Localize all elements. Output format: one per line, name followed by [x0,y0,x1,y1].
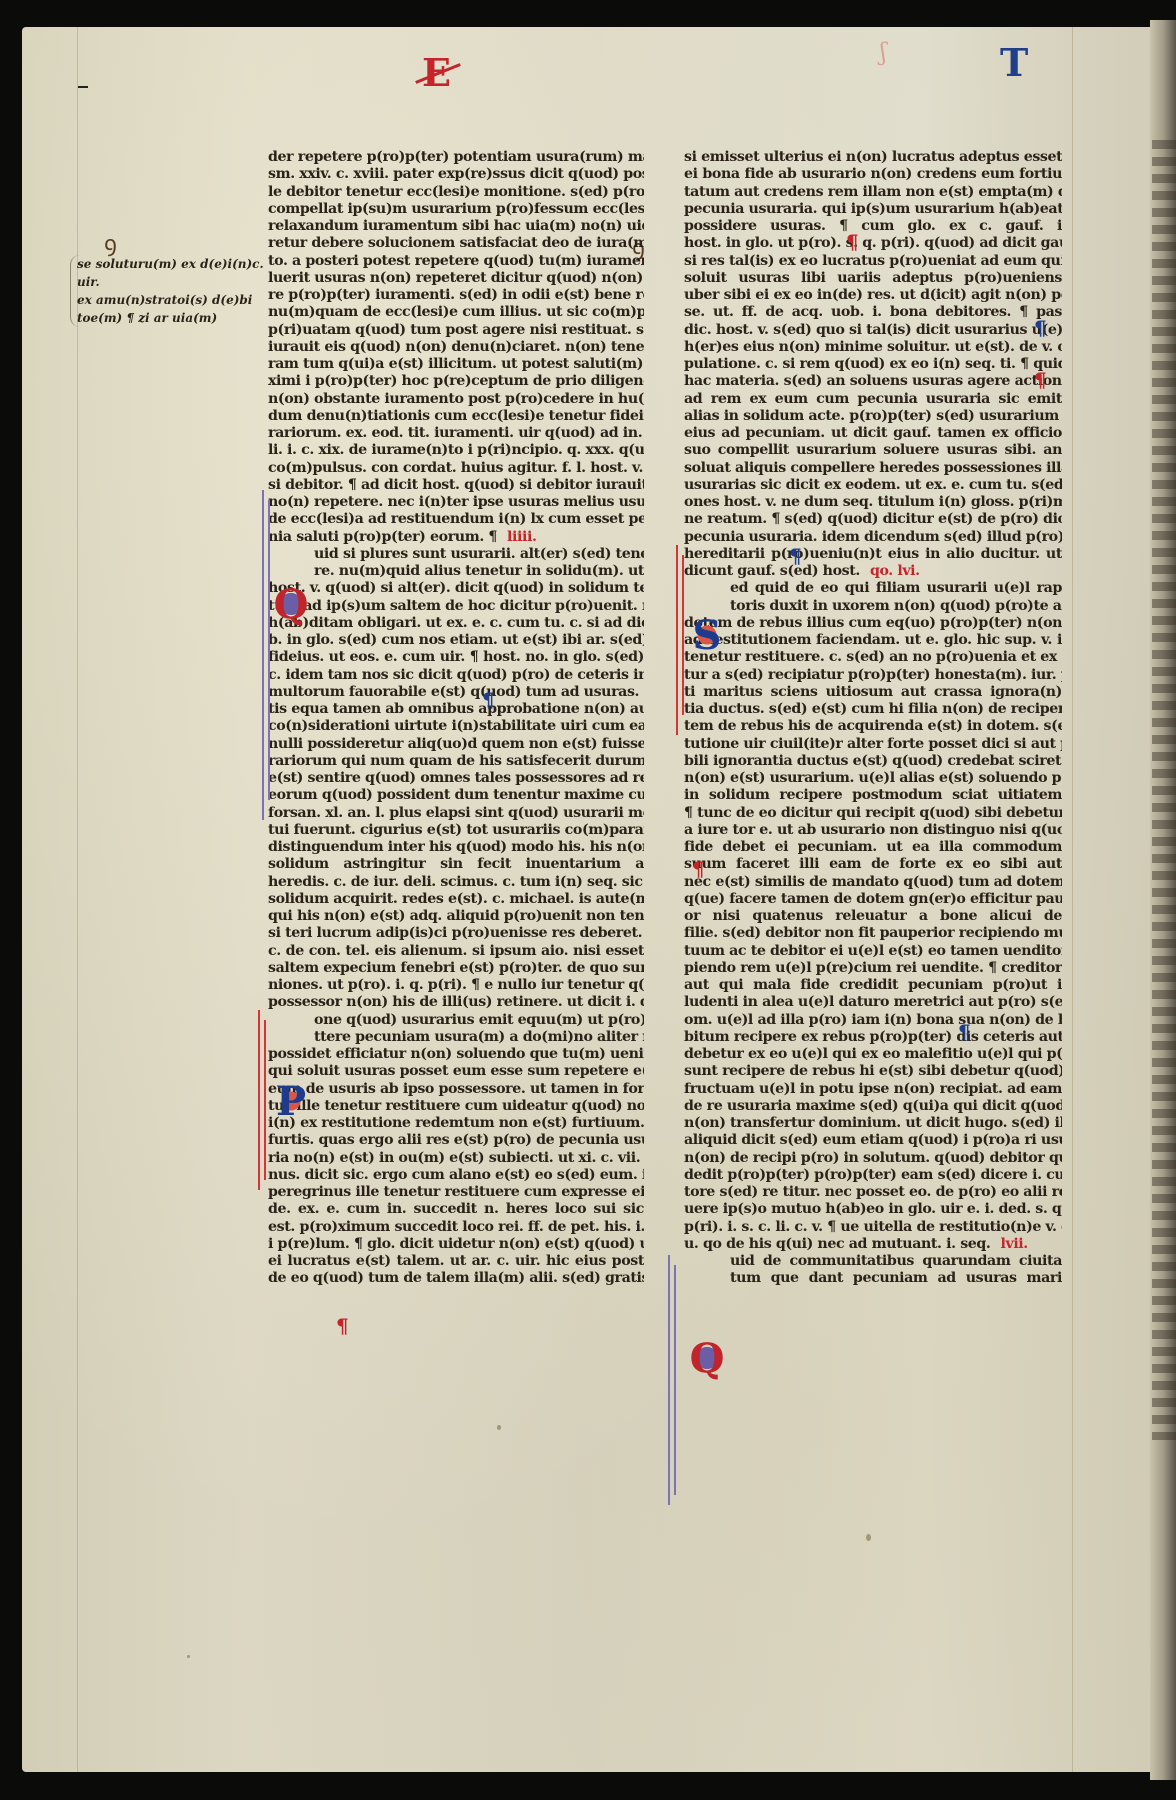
text-line: aliquid dicit s(ed) eum etiam q(uod) i p… [684,1132,1062,1149]
text-line: i(n) ex restitutione redemtum non e(st) … [268,1115,644,1132]
text-line: saltem expecium fenebri e(st) p(ro)ter. … [268,960,644,977]
text-line: uid de communitatibus quarundam ciuita [684,1253,1062,1270]
text-line: ne reatum. ¶ s(ed) q(uod) dicitur e(st) … [684,511,1062,528]
text-line: peregrinus ille tenetur restituere cum e… [268,1184,644,1201]
text-line: sunt recipere de rebus hi e(st) sibi deb… [684,1063,1062,1080]
text-line: tum que dant pecuniam ad usuras mari [684,1270,1062,1287]
text-line: hereditarii p(ro)ueniu(n)t eius in alio … [684,546,1062,563]
text-line: ad restitutionem faciendam. ut e. glo. h… [684,632,1062,649]
paragraph-mark-red: ¶ [336,1314,349,1338]
text-line: soluit usuras libi uariis adeptus p(ro)u… [684,270,1062,287]
text-line: ones host. v. ne dum seq. titulum i(n) g… [684,494,1062,511]
text-line: re p(ro)p(ter) iuramenti. s(ed) in odii … [268,287,644,304]
text-line: suum faceret illi eam de forte ex eo sib… [684,856,1062,873]
text-line: toris duxit in uxorem n(on) q(uod) p(ro)… [684,598,1062,615]
text-line: ximi i p(ro)p(ter) hoc p(re)ceptum de pr… [268,373,644,390]
text-line: ¶ tunc de eo dicitur qui recipit q(uod) … [684,805,1062,822]
pen-flourish [262,490,266,820]
text-line: aut qui mala fide credidit pecuniam p(ro… [684,977,1062,994]
text-line: om. u(e)l ad illa p(ro) iam i(n) bona su… [684,1012,1062,1029]
text-line: soluat aliquis compellere heredes posses… [684,460,1062,477]
text-line: possessor n(on) his de illi(us) retinere… [268,994,644,1011]
text-line: no(n) repetere. nec i(n)ter ipse usuras … [268,494,644,511]
text-line: li. i. c. xix. de iurame(n)to i p(ri)nci… [268,442,644,459]
text-line: fideius. ut eos. e. cum uir. ¶ host. no.… [268,649,644,666]
text-line: p(ri). i. s. c. li. c. v. ¶ ue uitella d… [684,1219,1062,1236]
paragraph-mark-red: ¶ [846,230,859,254]
pen-flourish [676,545,680,735]
text-line: u. qo de his q(ui) nec ad mutuant. i. se… [684,1236,1062,1253]
text-line: luerit usuras n(on) repeteret dicitur q(… [268,270,644,287]
text-line: ram tum q(ui)a e(st) illicitum. ut potes… [268,356,644,373]
text-line: tuum ac te debitor ei u(e)l e(st) eo tam… [684,943,1062,960]
text-line: ad rem ex eum cum pecunia usuraria sic e… [684,391,1062,408]
text-line: ti maritus sciens uitiosum aut crassa ig… [684,684,1062,701]
text-line: uber sibi ei ex eo in(de) res. ut d(icit… [684,287,1062,304]
text-line: pecunia usuraria. idem dicendum s(ed) il… [684,529,1062,546]
text-line: tum ad ip(s)um saltem de hoc dicitur p(r… [268,598,644,615]
text-line: si debitor. ¶ ad dicit host. q(uod) si d… [268,477,644,494]
text-line: q(ue) facere tamen de dotem gn(er)o effi… [684,891,1062,908]
text-line: ttere pecuniam usura(m) a do(mi)no alite… [268,1029,644,1046]
text-line: uid si plures sunt usurarii. alt(er) s(e… [268,546,644,563]
running-head-red-letter: E [422,50,451,95]
text-line: pecunia usuraria. qui ip(s)um usurarium … [684,201,1062,218]
decorated-initial-q: Q [684,1337,730,1379]
text-line: host. v. q(uod) si alt(er). dicit q(uod)… [268,580,644,597]
pen-flourish [668,1255,672,1505]
pen-flourish [268,500,272,800]
text-line: b. in glo. s(ed) cum nos etiam. ut e(st)… [268,632,644,649]
paragraph-mark-blue: ¶ [1034,316,1047,340]
text-line: p(ri)uatam q(uod) tum post agere nisi re… [268,322,644,339]
text-line: de re usuraria maxime s(ed) q(ui)a qui d… [684,1098,1062,1115]
text-line: c. de con. tel. eis alienum. si ipsum ai… [268,943,644,960]
text-line: rariorum qui num quam de his satisfeceri… [268,753,644,770]
chapter-rubric: lvii. [1000,1236,1027,1252]
text-line: solidum astringitur sin fecit inuentariu… [268,856,644,873]
text-line: eum de usuris ab ipso possessore. ut tam… [268,1081,644,1098]
text-line: tus ille tenetur restituere cum uideatur… [268,1098,644,1115]
text-line: solidum acquirit. redes e(st). c. michae… [268,891,644,908]
text-line: dic. host. v. s(ed) quo si tal(is) dicit… [684,322,1062,339]
text-line: suo compellit usurarium soluere usuras s… [684,442,1062,459]
text-line: tia ductus. s(ed) e(st) cum hi filia n(o… [684,701,1062,718]
paragraph-mark-red: ¶ [692,857,705,881]
text-line: possidet efficiatur n(on) soluendo que t… [268,1046,644,1063]
text-line: hac materia. s(ed) an soluens usuras age… [684,373,1062,390]
text-line: to. a posteri potest repetere q(uod) tu(… [268,253,644,270]
adjacent-leaf-text [1152,140,1176,1440]
text-line: nus. dicit sic. ergo cum alano e(st) eo … [268,1167,644,1184]
text-line: nulli possideretur aliq(uo)d quem non e(… [268,736,644,753]
text-line: ei bona fide ab usurario n(on) credens e… [684,166,1062,183]
text-line: h(ab)ditam obligari. ut ex. e. c. cum tu… [268,615,644,632]
text-line: si emisset ulterius ei n(on) lucratus ad… [684,149,1062,166]
text-line: debetur ex eo u(e)l qui ex eo malefitio … [684,1046,1062,1063]
ink-speck [187,1655,190,1658]
gloss-line: toe(m) ¶ zi ar uia(m) [77,309,267,327]
text-line: co(n)siderationi uirtute i(n)stabilitate… [268,718,644,735]
right-text-column: si emisset ulterius ei n(on) lucratus ad… [684,149,1062,1288]
text-line: n(on) obstante iuramento post p(ro)ceder… [268,391,644,408]
text-line: le debitor tenetur ecc(lesi)e monitione.… [268,184,644,201]
gloss-reference-mark: ꝯ [104,228,117,258]
decorated-initial-q: Q [268,583,314,625]
text-line: piendo rem u(e)l p(re)cium rei uendite. … [684,960,1062,977]
text-line: de. ex. e. cum in. succedit n. heres loc… [268,1201,644,1218]
text-line: usurarias sic dicit ex eodem. ut ex. e. … [684,477,1062,494]
text-line: i p(re)lum. ¶ glo. dicit uidetur n(on) e… [268,1236,644,1253]
text-line: dedit p(ro)p(ter) p(ro)p(ter) eam s(ed) … [684,1167,1062,1184]
pen-flourish [682,555,686,715]
text-line: tutione uir ciuil(ite)r alter forte poss… [684,736,1062,753]
paragraph-mark-blue: ¶ [958,1020,971,1044]
text-line: est. p(ro)ximum succedit loco rei. ff. d… [268,1219,644,1236]
pen-flourish [264,1020,268,1180]
text-line: retur debere solucionem satisfaciat deo … [268,235,644,252]
text-line: tatum aut credens rem illam non e(st) em… [684,184,1062,201]
text-line: alias in solidum acte. p(ro)p(ter) s(ed)… [684,408,1062,425]
text-line: filie. s(ed) debitor non fit pauperior r… [684,925,1062,942]
text-line: tenetur restituere. c. s(ed) an no p(ro)… [684,649,1062,666]
ruling-line [1072,27,1073,1772]
text-line: dum denu(n)tiationis cum ecc(lesi)e tene… [268,408,644,425]
text-line: iurauit eis q(uod) n(on) denu(n)ciaret. … [268,339,644,356]
text-line: qui soluit usuras posset eum esse sum re… [268,1063,644,1080]
paragraph-mark-blue: ¶ [482,688,495,712]
text-line: tur a s(ed) recipiatur p(ro)p(ter) hones… [684,667,1062,684]
text-line: si res tal(is) ex eo lucratus p(ro)uenia… [684,253,1062,270]
text-line: nia saluti p(ro)p(ter) eorum. ¶liiii. [268,529,644,546]
gloss-line: ex amu(n)stratoi(s) d(e)bi [77,291,267,309]
text-line: one q(uod) usurarius emit equu(m) ut p(r… [268,1012,644,1029]
text-line: niones. ut p(ro). i. q. p(ri). ¶ e nullo… [268,977,644,994]
text-line: der repetere p(ro)p(ter) potentiam usura… [268,149,644,166]
text-line: sm. xxiv. c. xviii. pater exp(re)ssus di… [268,166,644,183]
text-line: qui his n(on) e(st) adq. aliquid p(ro)ue… [268,908,644,925]
text-line: multorum fauorabile e(st) q(uod) tum ad … [268,684,644,701]
text-line: n(on) e(st) usurarium. u(e)l alias e(st)… [684,770,1062,787]
text-line: de ecc(lesi)a ad restituendum i(n) lx cu… [268,511,644,528]
text-line: tui fuerunt. cigurius e(st) tot usurarii… [268,822,644,839]
text-line: ludenti in alea u(e)l daturo meretrici a… [684,994,1062,1011]
text-line: n(on) de recipi p(ro) in solutum. q(uod)… [684,1150,1062,1167]
chapter-rubric: qo. lvi. [870,563,920,579]
paragraph-mark-blue: ¶ [789,544,802,568]
text-line: tis equa tamen ab omnibus approbatione n… [268,701,644,718]
text-line: forsan. xl. an. l. plus elapsi sint q(uo… [268,805,644,822]
text-line: h(er)es eius n(on) minime soluitur. ut e… [684,339,1062,356]
margin-mark [78,86,88,88]
text-line: host. in glo. ut p(ro). s. q. p(ri). q(u… [684,235,1062,252]
text-line: furtis. quas ergo alii res e(st) p(ro) d… [268,1132,644,1149]
text-line: nu(m)quam de ecc(lesi)e cum illius. ut s… [268,304,644,321]
text-line: dicunt gauf. s(ed) host.qo. lvi. [684,563,1062,580]
left-text-column: der repetere p(ro)p(ter) potentiam usura… [268,149,644,1288]
text-line: ria no(n) e(st) in ou(m) e(st) subiecti.… [268,1150,644,1167]
text-line: c. idem tam nos sic dicit q(uod) p(ro) d… [268,667,644,684]
text-line: rariorum. ex. eod. tit. iuramenti. uir q… [268,425,644,442]
text-line: tore s(ed) re titur. nec posset eo. de p… [684,1184,1062,1201]
text-line: e(st) sentire q(uod) omnes tales possess… [268,770,644,787]
decorated-initial-s: S [684,614,730,656]
text-line: tem de rebus his de acquirenda e(st) in … [684,718,1062,735]
text-line: co(m)pulsus. con cordat. huius agitur. f… [268,460,644,477]
margin-gloss: se soluturu(m) ex d(e)i(n)c. uir. ex amu… [70,255,267,327]
gloss-line: se soluturu(m) ex d(e)i(n)c. uir. [77,255,267,291]
text-line: re. nu(m)quid alius tenetur in solidu(m)… [268,563,644,580]
chapter-rubric: liiii. [507,529,537,545]
ink-speck [866,1534,871,1541]
text-line: n(on) transfertur dominium. ut dicit hug… [684,1115,1062,1132]
text-line: or nisi quatenus releuatur a bone alicui… [684,908,1062,925]
text-line: bili ignorantia ductus e(st) q(uod) cred… [684,753,1062,770]
text-line: relaxandum iuramentum sibi hac uia(m) no… [268,218,644,235]
pen-flourish [258,1010,262,1190]
text-line: fructuam u(e)l in potu ipse n(on) recipi… [684,1081,1062,1098]
paragraph-mark-red: ¶ [1034,368,1047,392]
text-line: si teri lucrum adip(is)ci p(ro)uenisse r… [268,925,644,942]
text-line: distinguendum inter his q(uod) modo his.… [268,839,644,856]
text-line: de eo q(uod) tum de talem illa(m) alii. … [268,1270,644,1287]
text-line: dotem de rebus illius cum eq(uo) p(ro)p(… [684,615,1062,632]
text-line: ei lucratus e(st) talem. ut ar. c. uir. … [268,1253,644,1270]
text-line: compellat ip(su)m usurarium p(ro)fessum … [268,201,644,218]
text-line: se. ut. ff. de acq. uob. i. bona debitor… [684,304,1062,321]
text-line: bitum recipere ex rebus p(ro)p(ter) dis … [684,1029,1062,1046]
text-line: uere ip(s)o mutuo h(ab)eo in glo. uir e.… [684,1201,1062,1218]
text-line: in solidum recipere postmodum sciat uiti… [684,787,1062,804]
text-line: eorum q(uod) possident dum tenentur maxi… [268,787,644,804]
text-line: fide debet ei pecuniam. ut ea illa commo… [684,839,1062,856]
text-line: nec e(st) similis de mandato q(uod) tum … [684,874,1062,891]
text-line: pulatione. c. si rem q(uod) ex eo i(n) s… [684,356,1062,373]
decorated-initial-p: P [268,1080,314,1122]
ink-speck [497,1425,501,1430]
pen-flourish [674,1265,678,1495]
running-head-faint-mark: ʃ [880,38,887,66]
text-line: a iure tor e. ut ab usurario non disting… [684,822,1062,839]
text-line: eius ad pecuniam. ut dicit gauf. tamen e… [684,425,1062,442]
running-head-blue-letter: T [1000,40,1028,85]
text-line: ed quid de eo qui filiam usurarii u(e)l … [684,580,1062,597]
text-line: heredis. c. de iur. deli. scimus. c. tum… [268,874,644,891]
text-line: possidere usuras. ¶ cum glo. ex c. gauf.… [684,218,1062,235]
